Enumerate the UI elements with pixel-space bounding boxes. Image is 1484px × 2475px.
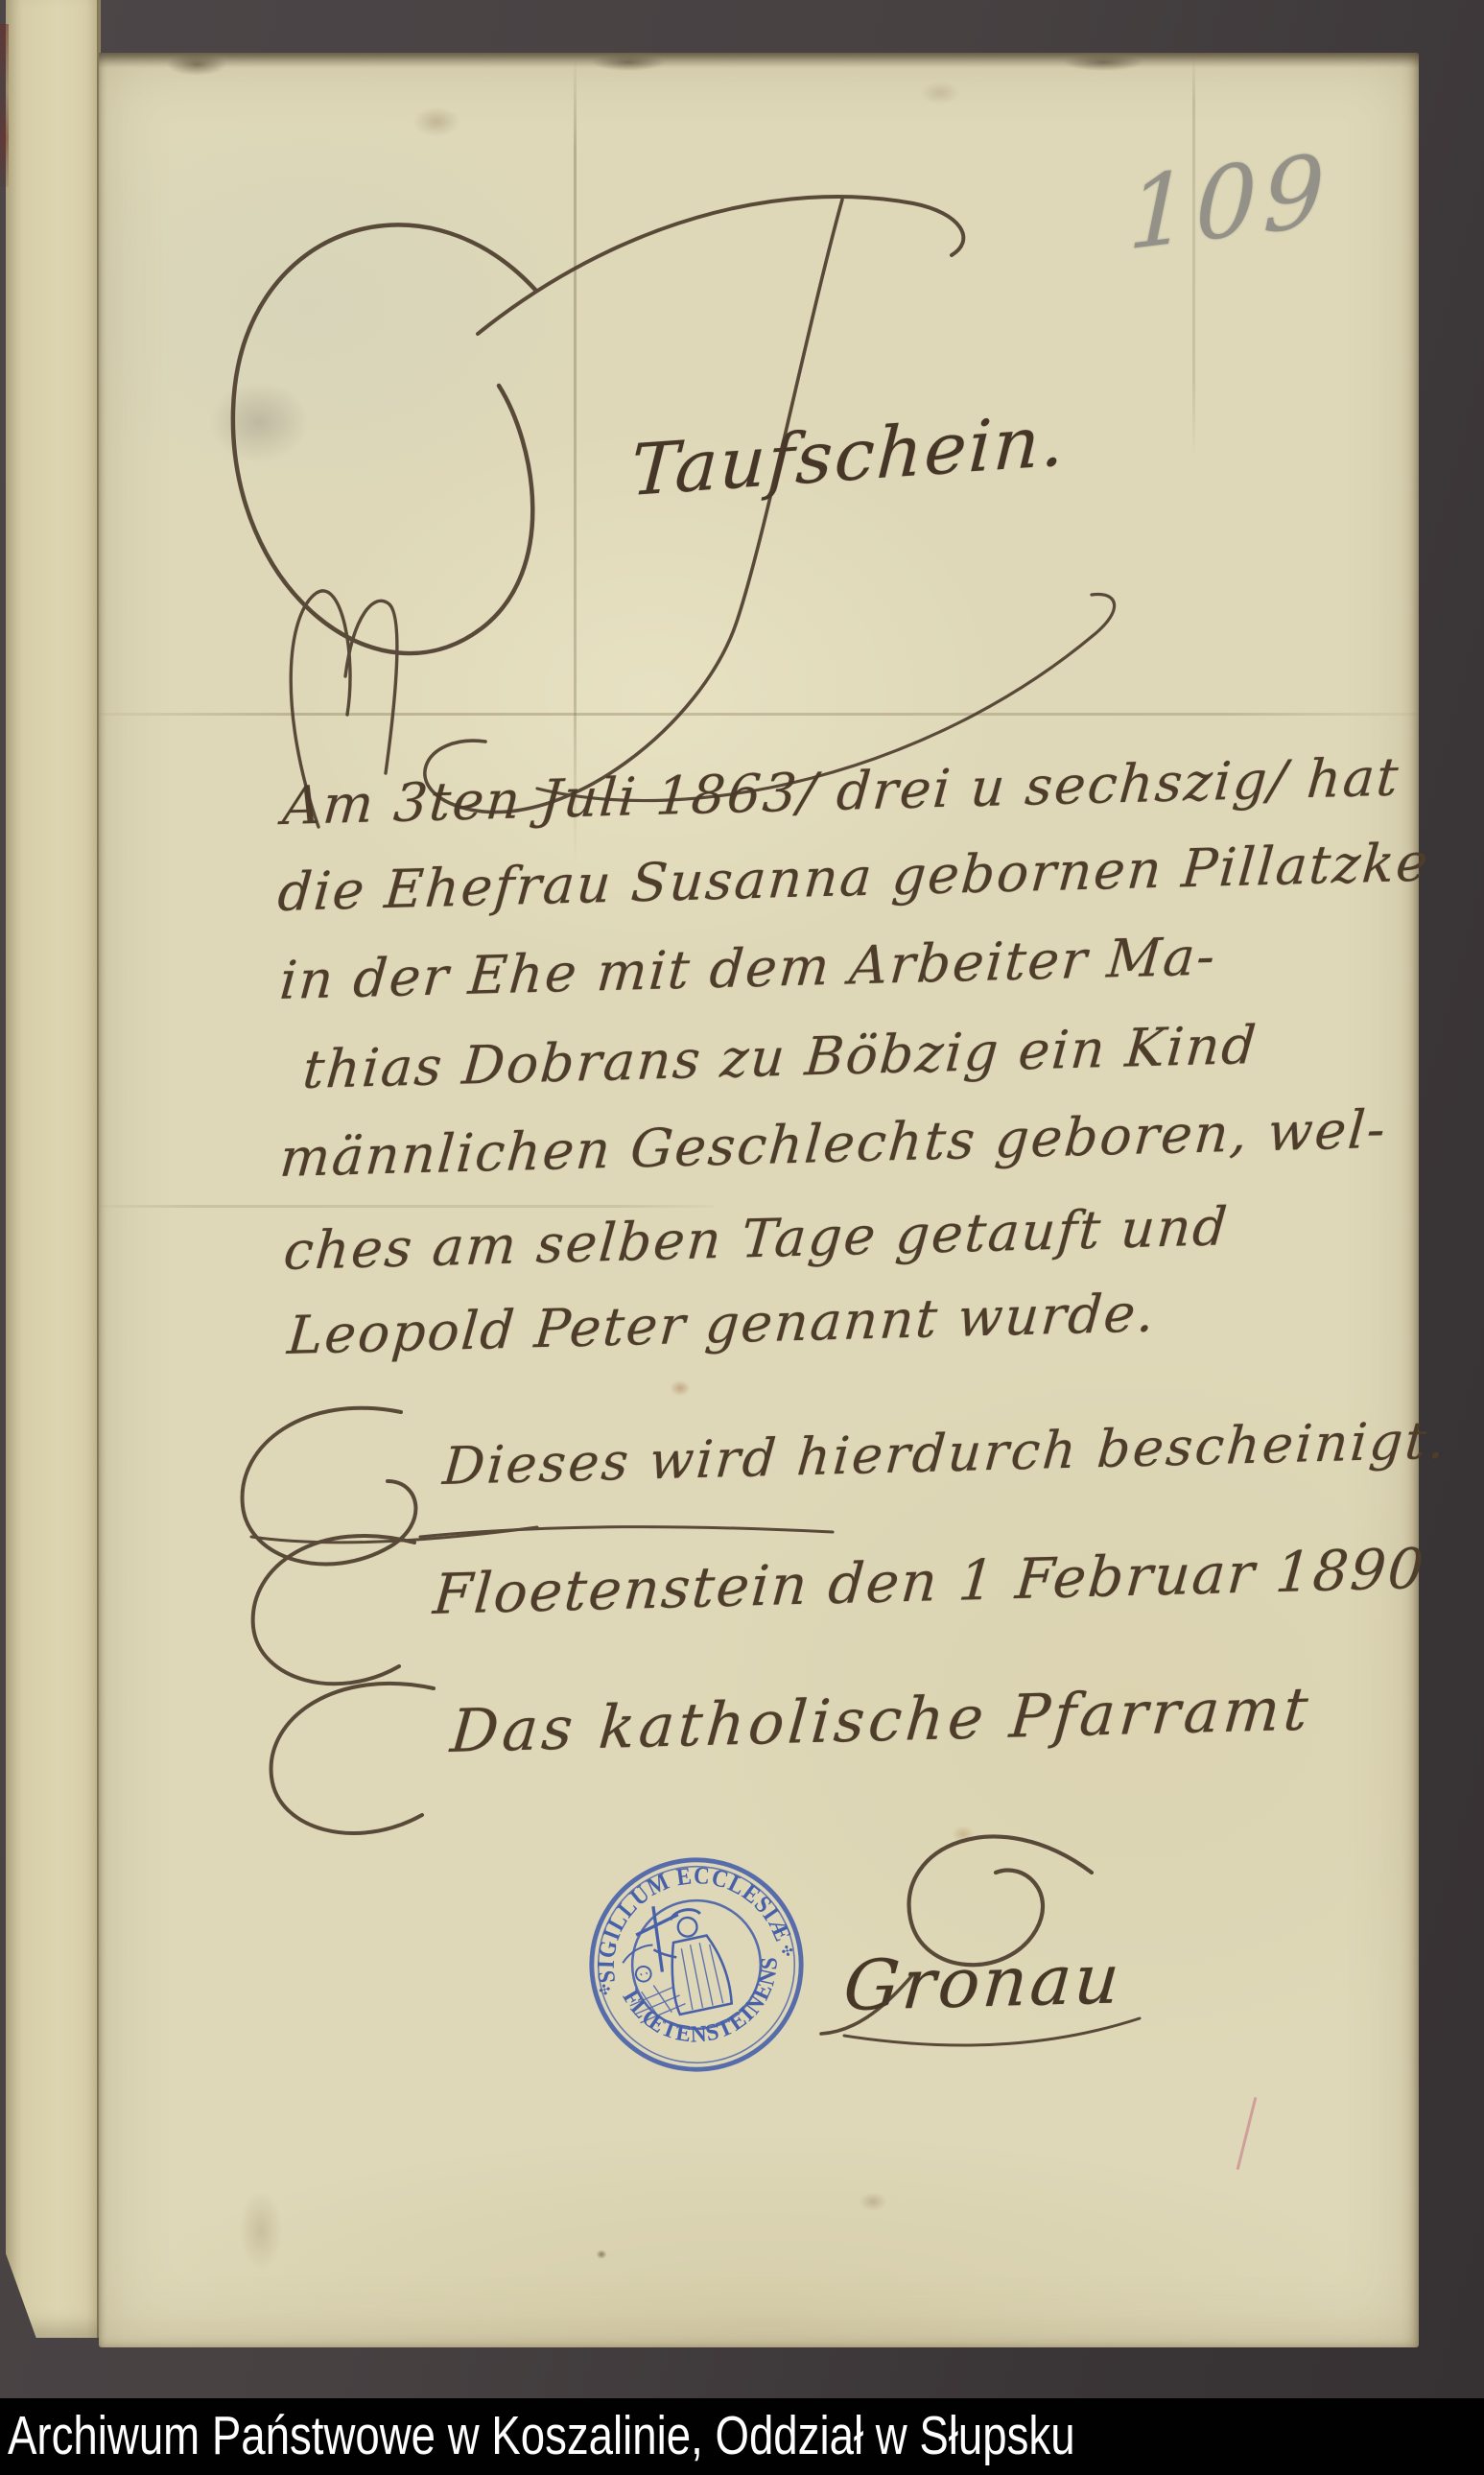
spine-red-mark <box>0 24 9 187</box>
top-edge-grime <box>99 53 1419 68</box>
grime-spot <box>1046 50 1161 75</box>
seal-separator-left-icon: ✣ <box>598 1982 612 1999</box>
grime-spot <box>153 48 240 81</box>
horizontal-fold-crease <box>100 1205 714 1208</box>
horizontal-fold-crease <box>100 713 1418 716</box>
scanned-document-image: 109 Taufschein. Am 3ten Juli 1863/ drei … <box>0 0 1484 2475</box>
vertical-fold-crease <box>574 55 577 860</box>
grime-spot <box>576 50 681 75</box>
archive-caption-bar: Archiwum Państwowe w Koszalinie, Oddział… <box>0 2398 1484 2475</box>
seal-graphic: SIGILLUM ECCLESIÆ FLŒTENSTEINENSIS ✣ ✣ <box>562 1830 831 2099</box>
church-seal-stamp: SIGILLUM ECCLESIÆ FLŒTENSTEINENSIS ✣ ✣ <box>562 1830 831 2099</box>
underlying-page-edge <box>6 0 101 2338</box>
signature: Gronau <box>841 1938 1125 2026</box>
archive-caption: Archiwum Państwowe w Koszalinie, Oddział… <box>8 2398 1075 2475</box>
